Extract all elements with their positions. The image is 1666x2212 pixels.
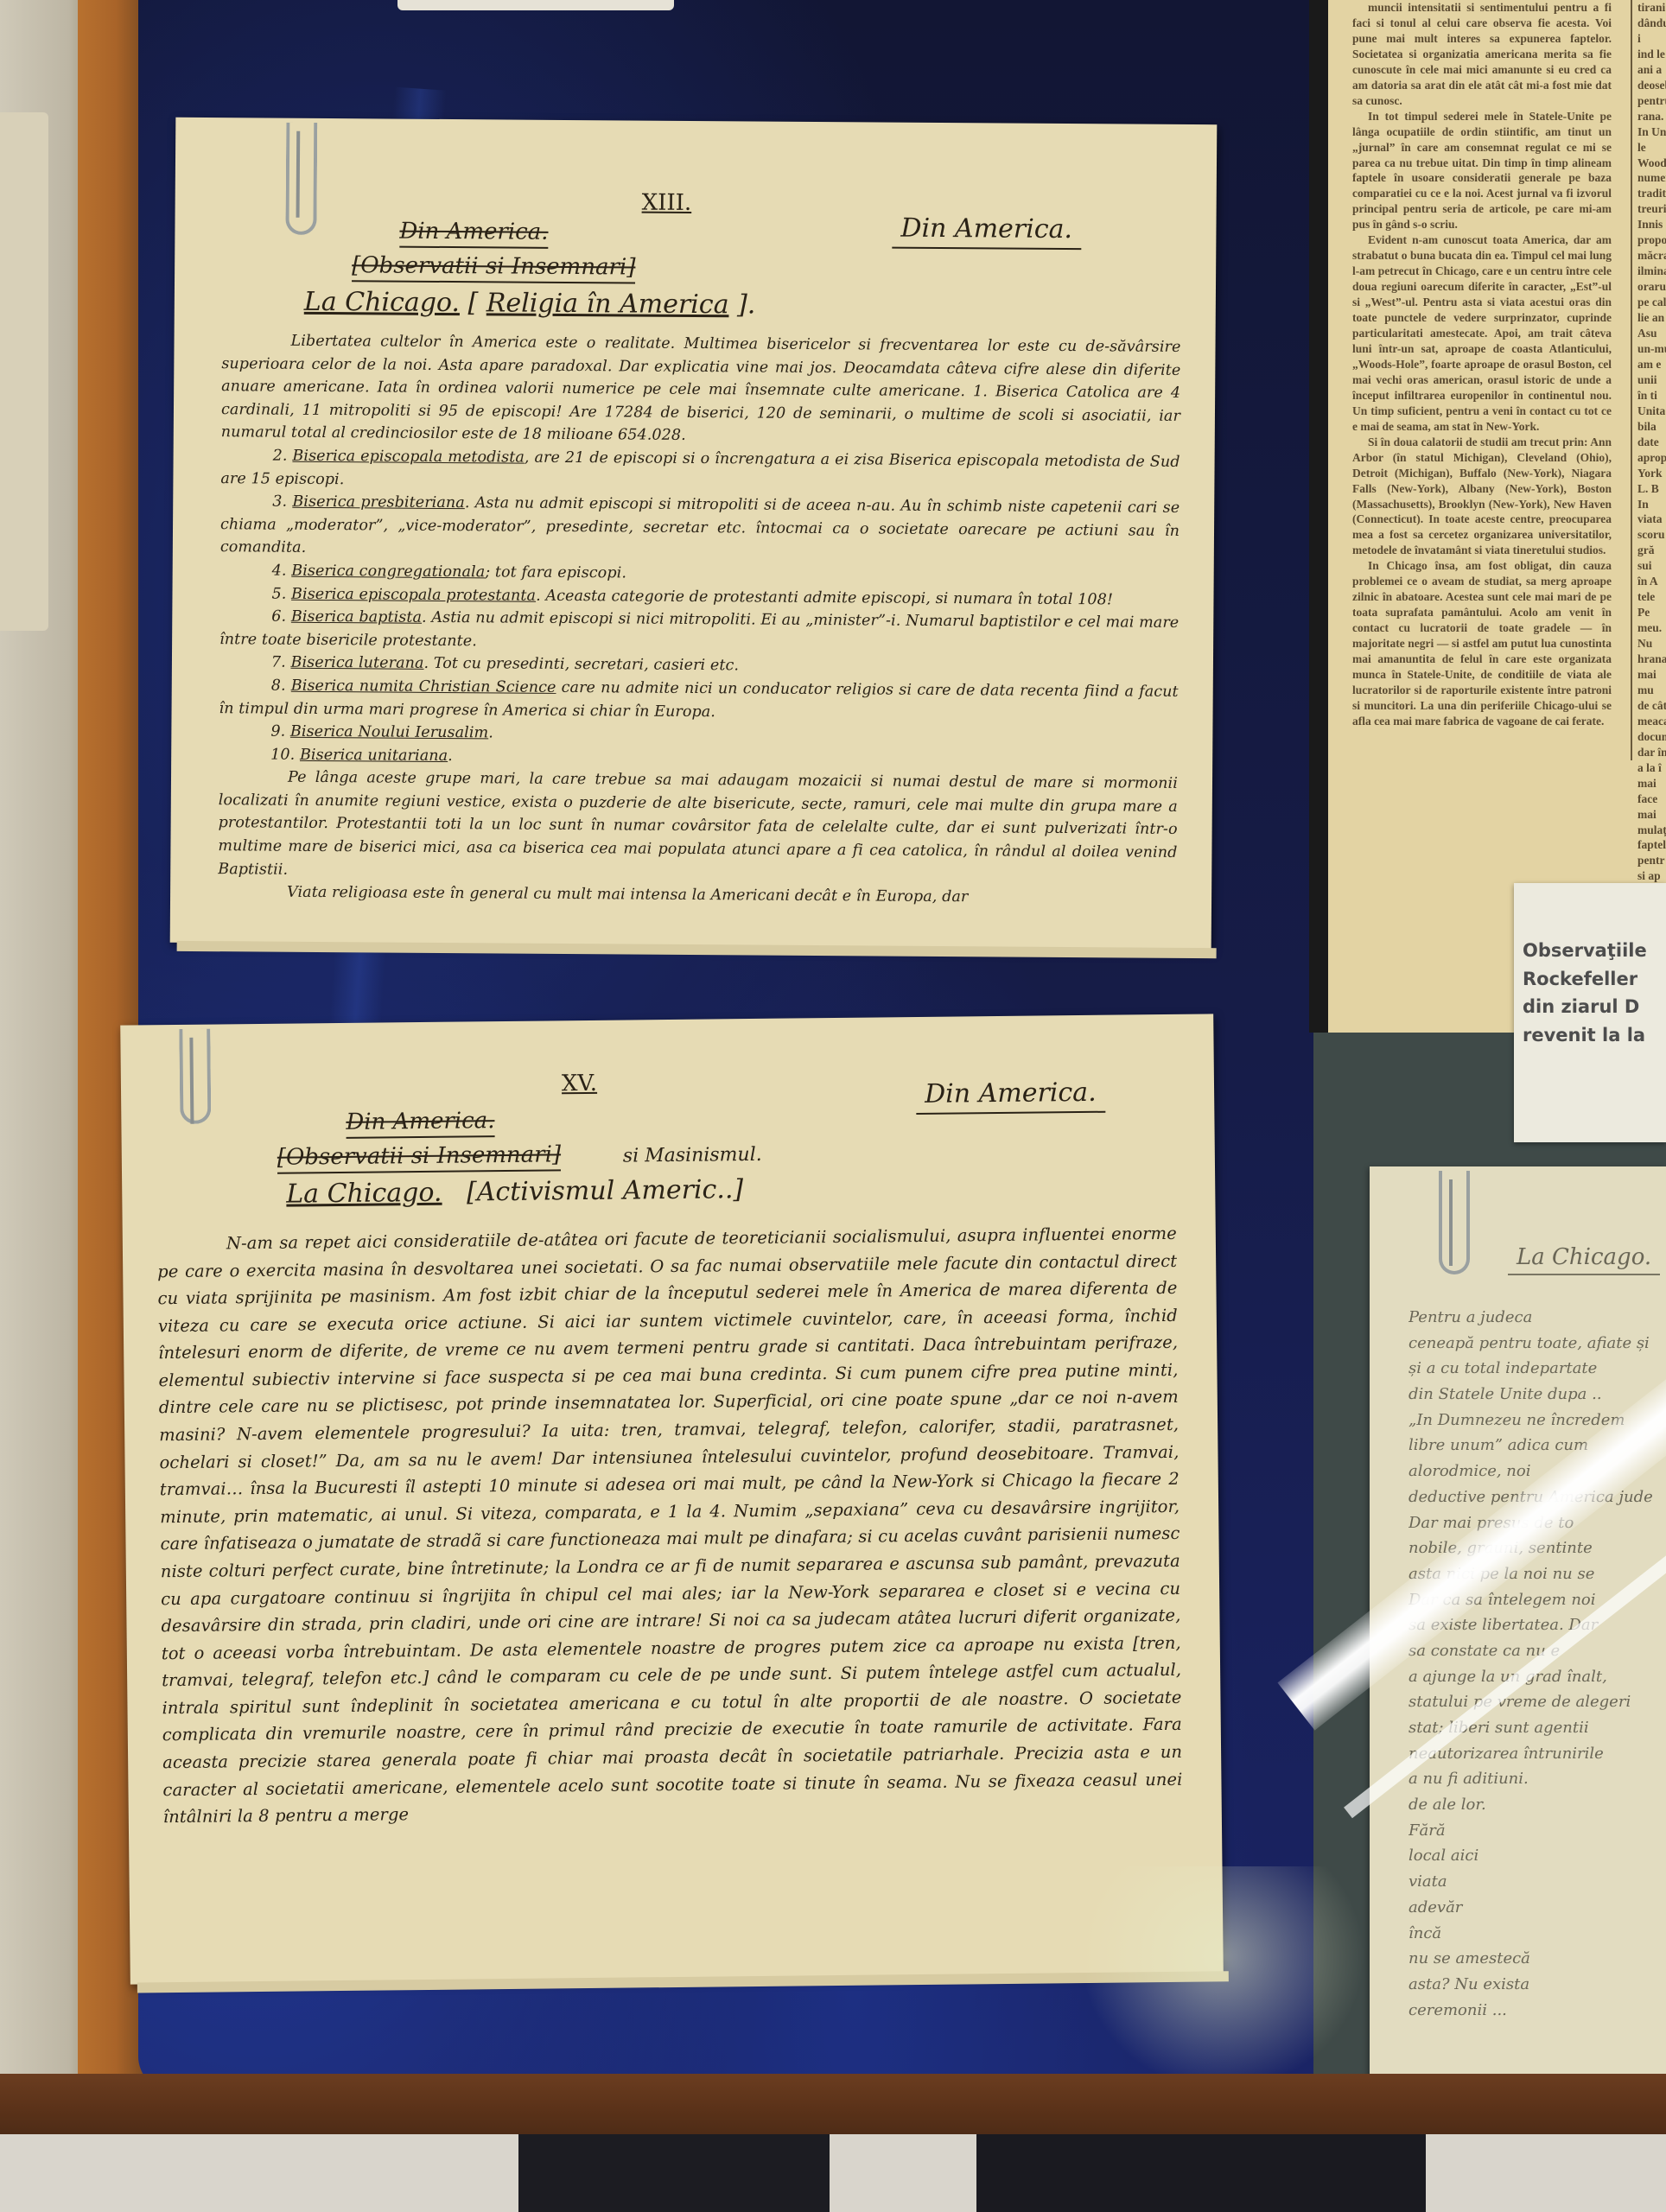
manuscript-line: adevăr xyxy=(1408,1895,1666,1921)
item-number: 6. xyxy=(271,608,286,626)
manuscript-line: statului pe vreme de alegeri xyxy=(1408,1689,1666,1715)
church-list-item: 8. Biserica numita Christian Science car… xyxy=(219,674,1178,727)
church-name: Biserica numita Christian Science xyxy=(291,677,556,696)
church-name: Biserica presbiteriana xyxy=(292,493,465,512)
clipping-fragment: am e xyxy=(1637,357,1666,372)
clipping-fragment: un-mu xyxy=(1637,341,1666,357)
clipping-fragment: hrana xyxy=(1637,652,1666,667)
struck-title: Din America. xyxy=(399,219,548,245)
label-line: Observaţiile xyxy=(1523,937,1647,965)
clipping-fragment: dar în xyxy=(1637,745,1666,760)
clipping-column-2: tiranidându-iind leani adeosebipentruran… xyxy=(1637,0,1666,931)
clipping-fragment: treurii xyxy=(1637,201,1666,217)
clipping-fragment: ani a xyxy=(1637,62,1666,78)
exhibit-label-card: Observaţiile Rockefeller din ziarul D re… xyxy=(1514,883,1666,1142)
church-list: 2. Biserica episcopala metodista, are 21… xyxy=(219,444,1180,772)
clipping-fragment: In Uni xyxy=(1637,124,1666,140)
clipping-paragraph: In tot timpul sederei mele în Statele-Un… xyxy=(1352,109,1612,233)
clipping-fragment: mai xyxy=(1637,807,1666,823)
page-number: XIII. xyxy=(642,190,692,216)
clipping-fragment: ilmina xyxy=(1637,264,1666,279)
clipping-fragment: mai xyxy=(1637,776,1666,791)
manuscript-page-xv: XV. Din America. Din America. [Observati… xyxy=(120,1014,1224,1984)
manuscript-line: Fără xyxy=(1408,1818,1666,1844)
clipping-fragment: meaca xyxy=(1637,714,1666,729)
manuscript-line: asta? Nu exista xyxy=(1408,1972,1666,1998)
item-number: 9. xyxy=(270,723,285,741)
manuscript-line: nu se amestecă xyxy=(1408,1946,1666,1972)
clipping-paragraph: Si în doua calatorii de studii am trecut… xyxy=(1352,435,1612,559)
manuscript-line: ceneapă pentru toate, afiate și xyxy=(1408,1331,1666,1357)
label-line: revenit la la xyxy=(1523,1021,1647,1050)
subtitle-place: La Chicago. xyxy=(286,1178,442,1210)
struck-subtitle: [Observatii si Insemnari] xyxy=(352,252,635,280)
clipping-fragment: docum xyxy=(1637,729,1666,745)
page-subtitle: La Chicago. [ Religia în America ]. xyxy=(304,287,756,321)
church-list-item: 2. Biserica episcopala metodista, are 21… xyxy=(220,444,1180,497)
paragraph: Pe lânga aceste grupe mari, la care treb… xyxy=(218,766,1178,887)
subtitle-topic: Religia în America xyxy=(486,288,729,320)
item-text: ; tot fara episcopi. xyxy=(485,563,626,582)
manuscript-line: a nu fi aditiuni. xyxy=(1408,1766,1666,1792)
item-number: 2. xyxy=(273,448,288,465)
label-line: Rockefeller xyxy=(1523,965,1647,994)
clipping-shadow-edge xyxy=(1309,0,1328,1033)
exhibit-label-text: Observaţiile Rockefeller din ziarul D re… xyxy=(1523,937,1647,1049)
clipping-fragment: a la î xyxy=(1637,760,1666,776)
clipping-fragment: rana. xyxy=(1637,109,1666,124)
clipping-column-1: muncii intensitatii si sentimentului pen… xyxy=(1352,0,1612,729)
inserted-text: si Masinismul. xyxy=(623,1144,762,1167)
page-heading: Din America. xyxy=(925,1077,1097,1109)
clipping-fragment: face xyxy=(1637,791,1666,807)
item-text: . xyxy=(488,724,493,741)
subtitle-place: La Chicago. xyxy=(304,287,460,318)
church-name: Biserica baptista xyxy=(291,608,422,626)
church-name: Biserica episcopala metodista xyxy=(292,448,525,467)
clipping-fragment: pe cal xyxy=(1637,295,1666,310)
church-name: Biserica episcopala protestanta xyxy=(291,585,536,604)
clipping-fragment: In xyxy=(1637,497,1666,512)
clipping-fragment: le Wood xyxy=(1637,140,1666,171)
item-number: 8. xyxy=(271,677,286,694)
clipping-fragment: scoru xyxy=(1637,527,1666,543)
display-case-bottom-rail xyxy=(0,2074,1666,2143)
manuscript-body: Libertatea cultelor în America este o re… xyxy=(218,329,1181,911)
paragraph: N-am sa repet aici consideratiile de-atâ… xyxy=(157,1220,1183,1831)
label-line: din ziarul D xyxy=(1523,993,1647,1021)
clipping-fragment: date xyxy=(1637,435,1666,450)
church-name: Biserica unitariana xyxy=(300,747,448,765)
manuscript-line: ceremonii ... xyxy=(1408,1998,1666,2024)
church-name: Biserica congregationala xyxy=(291,563,485,582)
clipping-fragment: de cât xyxy=(1637,698,1666,714)
item-text: . Aceasta categorie de protestanti admit… xyxy=(536,587,1113,608)
clipping-fragment: Nu xyxy=(1637,636,1666,652)
item-number: 10. xyxy=(270,746,295,763)
clipping-fragment: meu. xyxy=(1637,620,1666,636)
church-name: Biserica Noului Ierusalim xyxy=(290,723,488,742)
clipping-fragment: York xyxy=(1637,466,1666,481)
clipping-fragment: măcrasa xyxy=(1637,248,1666,264)
item-number: 3. xyxy=(272,493,287,511)
clipping-fragment: viata xyxy=(1637,512,1666,527)
manuscript-line: și a cu total indepartate xyxy=(1408,1356,1666,1382)
clipping-fragment: tirani xyxy=(1637,0,1666,16)
paragraph: Libertatea cultelor în America este o re… xyxy=(221,329,1181,451)
struck-subtitle: [Observatii si Insemnari] xyxy=(277,1141,562,1170)
item-number: 4. xyxy=(272,563,287,580)
manuscript-line: de ale lor. xyxy=(1408,1792,1666,1818)
clipping-fragment: ind le xyxy=(1637,47,1666,62)
clipping-fragment: numeroa xyxy=(1637,170,1666,186)
clipping-paragraph: Evident n-am cunoscut toata America, dar… xyxy=(1352,232,1612,434)
clipping-fragment: traditio xyxy=(1637,186,1666,201)
glass-reflection xyxy=(1080,1866,1365,2091)
clipping-fragment: bila xyxy=(1637,419,1666,435)
clipping-fragment: Innis xyxy=(1637,217,1666,232)
clipping-fragment: propo xyxy=(1637,232,1666,248)
clipping-fragment: în ti xyxy=(1637,388,1666,404)
subtitle-topic: [Activismul Americ..] xyxy=(467,1174,743,1207)
church-name: Biserica luterana xyxy=(290,654,423,672)
church-list-item: 3. Biserica presbiteriana. Asta nu admit… xyxy=(220,490,1180,566)
clipping-fragment: pentr xyxy=(1637,853,1666,868)
clipping-fragment: L. B xyxy=(1637,481,1666,497)
manuscript-line: din Statele Unite dupa .. xyxy=(1408,1382,1666,1408)
clipping-fragment: unii xyxy=(1637,372,1666,388)
paperclip-icon xyxy=(179,1029,211,1124)
column-rule xyxy=(1631,0,1632,760)
manuscript-page-xiii: XIII. Din America. Din America. [Observa… xyxy=(170,118,1218,950)
case-leg xyxy=(976,2134,1426,2212)
case-leg xyxy=(518,2134,830,2212)
struck-title: Din America. xyxy=(346,1108,494,1135)
background-card xyxy=(0,112,48,631)
manuscript-line: local aici xyxy=(1408,1843,1666,1869)
clipping-fragment: Pe xyxy=(1637,605,1666,620)
clipping-fragment: lie an xyxy=(1637,310,1666,326)
clipping-fragment: orarul xyxy=(1637,279,1666,295)
paperclip-icon xyxy=(285,123,317,235)
manuscript-line: Pentru a judeca xyxy=(1408,1305,1666,1331)
top-paper-edge xyxy=(397,0,674,10)
clipping-fragment: deosebi xyxy=(1637,78,1666,93)
page-heading: La Chicago. xyxy=(1517,1244,1651,1270)
item-number: 5. xyxy=(271,585,286,602)
clipping-text-area: muncii intensitatii si sentimentului pen… xyxy=(1352,0,1637,1002)
clipping-fragment: aprop xyxy=(1637,450,1666,466)
clipping-fragment: faptel xyxy=(1637,837,1666,853)
item-number: 7. xyxy=(271,654,286,671)
manuscript-body: N-am sa repet aici consideratiile de-atâ… xyxy=(157,1220,1183,1831)
clipping-fragment: pentru xyxy=(1637,93,1666,109)
clipping-fragment: gră xyxy=(1637,543,1666,558)
clipping-fragment: Asu xyxy=(1637,326,1666,341)
newspaper-clipping: muncii intensitatii si sentimentului pen… xyxy=(1309,0,1666,1033)
clipping-paragraph: muncii intensitatii si sentimentului pen… xyxy=(1352,0,1612,109)
clipping-fragment: sui xyxy=(1637,558,1666,574)
church-list-item: 6. Biserica baptista. Astia nu admit epi… xyxy=(219,605,1179,658)
page-subtitle: La Chicago. [Activismul Americ..] xyxy=(286,1174,743,1210)
clipping-fragment: mulaț xyxy=(1637,823,1666,838)
floor xyxy=(0,2134,1666,2212)
paperclip-icon xyxy=(1439,1171,1470,1274)
clipping-fragment: Unita xyxy=(1637,404,1666,419)
clipping-fragment: tele xyxy=(1637,589,1666,605)
manuscript-line: viata xyxy=(1408,1869,1666,1895)
clipping-fragment: mai mu xyxy=(1637,667,1666,698)
page-heading: Din America. xyxy=(900,213,1072,245)
clipping-fragment: si ap xyxy=(1637,868,1666,884)
clipping-paragraph: In Chicago însa, am fost obligat, din ca… xyxy=(1352,558,1612,728)
page-number: XV. xyxy=(562,1071,597,1096)
item-text: . Tot cu presedinti, secretari, casieri … xyxy=(423,655,739,675)
manuscript-line: neautorizarea întrunirile xyxy=(1408,1741,1666,1767)
manuscript-line: încă xyxy=(1408,1921,1666,1947)
item-text: . xyxy=(448,747,453,765)
clipping-fragment: în A xyxy=(1637,574,1666,589)
clipping-fragment: dându-i xyxy=(1637,16,1666,47)
